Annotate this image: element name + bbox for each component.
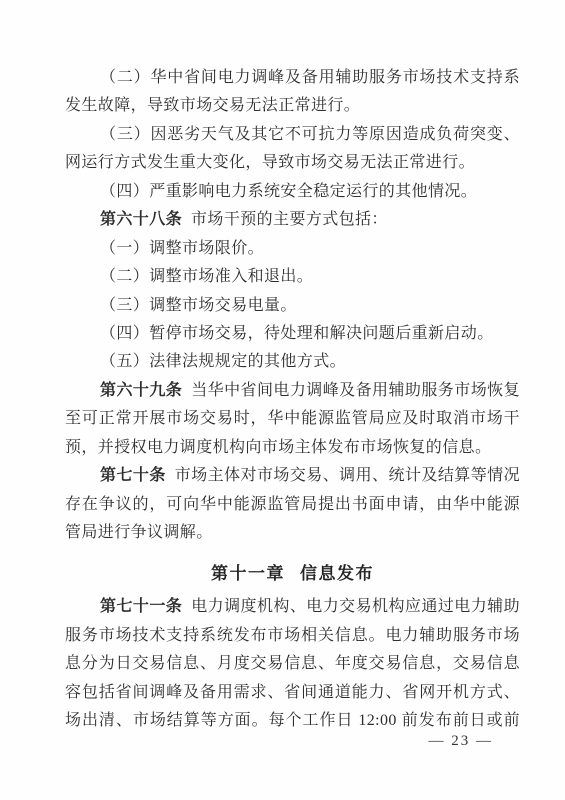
text-line: 第七十一条电力调度机构、电力交易机构应通过电力辅助: [65, 593, 520, 621]
text-line: （四）严重影响电力系统安全稳定运行的其他情况。: [65, 178, 520, 206]
text-line: （五）法律法规规定的其他方式。: [65, 348, 520, 376]
line-text: 至可正常开展市场交易时，华中能源监管局应及时取消市场干: [65, 410, 520, 427]
text-line: 至可正常开展市场交易时，华中能源监管局应及时取消市场干: [65, 405, 520, 433]
text-line: 第六十九条当华中省间电力调峰及备用辅助服务市场恢复: [65, 377, 520, 405]
page-number: — 23 —: [429, 733, 494, 750]
line-text: （五）法律法规规定的其他方式。: [100, 353, 346, 370]
text-line: （二）调整市场准入和退出。: [65, 263, 520, 291]
line-text: 息分为日交易信息、月度交易信息、年度交易信息，交易信息内: [65, 655, 520, 678]
line-text: 电力调度机构、电力交易机构应通过电力辅助: [191, 598, 520, 615]
line-text: 市场主体对市场交易、调用、统计及结算等情况: [175, 467, 520, 484]
line-text: （二）调整市场准入和退出。: [100, 268, 313, 285]
line-text: （二）华中省间电力调峰及备用辅助服务市场技术支持系统: [65, 69, 520, 92]
line-text: 网运行方式发生重大变化，导致市场交易无法正常进行。: [65, 154, 475, 171]
text-line: 服务市场技术支持系统发布市场相关信息。电力辅助服务市场信: [65, 622, 520, 650]
text-line: （二）华中省间电力调峰及备用辅助服务市场技术支持系统: [65, 64, 520, 92]
text-line: 容包括省间调峰及备用需求、省间通道能力、省网开机方式、市: [65, 679, 520, 707]
line-text: 容包括省间调峰及备用需求、省间通道能力、省网开机方式、市: [65, 684, 520, 707]
article-number: 第六十九条: [100, 382, 182, 399]
line-text: 当华中省间电力调峰及备用辅助服务市场恢复: [191, 382, 520, 399]
line-text: 管局进行争议调解。: [65, 524, 213, 541]
article-number: 第七十一条: [100, 598, 182, 615]
line-text: （四）暂停市场交易，待处理和解决问题后重新启动。: [100, 325, 494, 342]
chapter-heading: 第十一章信息发布: [65, 562, 520, 586]
text-line: 管局进行争议调解。: [65, 519, 520, 547]
text-line: 第七十条市场主体对市场交易、调用、统计及结算等情况: [65, 462, 520, 490]
text-line: 发生故障，导致市场交易无法正常进行。: [65, 92, 520, 120]
line-text: （三）调整市场交易电量。: [100, 297, 297, 314]
text-line: 预，并授权电力调度机构向市场主体发布市场恢复的信息。: [65, 434, 520, 462]
text-line: 第六十八条市场干预的主要方式包括：: [65, 206, 520, 234]
text-block: （二）华中省间电力调峰及备用辅助服务市场技术支持系统 发生故障，导致市场交易无法…: [65, 64, 520, 736]
line-text: 存在争议的，可向华中能源监管局提出书面申请，由华中能源监: [65, 496, 520, 519]
text-line: 息分为日交易信息、月度交易信息、年度交易信息，交易信息内: [65, 650, 520, 678]
article-number: 第七十条: [100, 467, 166, 484]
line-text: 市场干预的主要方式包括：: [191, 211, 388, 228]
line-text: （四）严重影响电力系统安全稳定运行的其他情况。: [100, 183, 477, 200]
line-text: 预，并授权电力调度机构向市场主体发布市场恢复的信息。: [65, 439, 491, 456]
chapter-title: 信息发布: [300, 564, 374, 583]
line-text: 发生故障，导致市场交易无法正常进行。: [65, 97, 360, 114]
chapter-number: 第十一章: [211, 564, 285, 583]
text-line: （三）因恶劣天气及其它不可抗力等原因造成负荷突变、电: [65, 121, 520, 149]
text-line: （三）调整市场交易电量。: [65, 292, 520, 320]
text-line: （一）调整市场限价。: [65, 235, 520, 263]
text-line: 场出清、市场结算等方面。每个工作日 12:00 前发布前日或前几: [65, 707, 520, 735]
line-text: （三）因恶劣天气及其它不可抗力等原因造成负荷突变、电: [65, 126, 520, 149]
text-line: 网运行方式发生重大变化，导致市场交易无法正常进行。: [65, 149, 520, 177]
line-text: 服务市场技术支持系统发布市场相关信息。电力辅助服务市场信: [65, 627, 520, 650]
text-line: （四）暂停市场交易，待处理和解决问题后重新启动。: [65, 320, 520, 348]
line-text: （一）调整市场限价。: [100, 240, 264, 257]
text-line: 存在争议的，可向华中能源监管局提出书面申请，由华中能源监: [65, 491, 520, 519]
article-number: 第六十八条: [100, 211, 182, 228]
document-page: （二）华中省间电力调峰及备用辅助服务市场技术支持系统 发生故障，导致市场交易无法…: [0, 0, 565, 800]
